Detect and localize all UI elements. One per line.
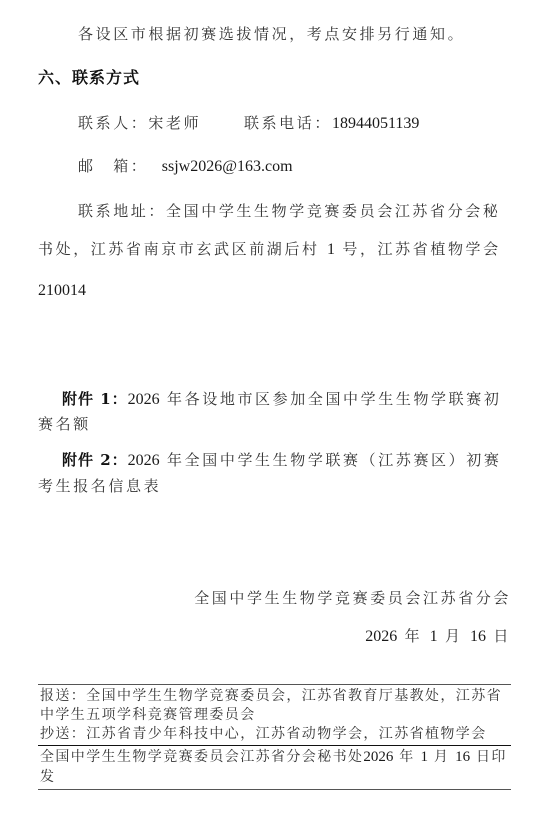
attachment-2-year: 2026 <box>128 452 160 469</box>
issued-line-2: 发 <box>40 768 55 786</box>
top-rule <box>38 684 511 685</box>
issued-year-suffix: 年 <box>399 749 414 765</box>
address-line-1: 联系地址：全国中学生生物学竞赛委员会江苏省分会秘 <box>78 201 500 221</box>
attachment-2-title-1: 年全国中学生生物学联赛（江苏赛区）初赛 <box>167 451 501 469</box>
contact-row: 联系人：宋老师 联系电话：18944051139 <box>78 113 419 134</box>
date-day: 16 <box>470 628 486 645</box>
attachment-1-year: 2026 <box>128 391 160 408</box>
email-address[interactable]: ssjw2026@163.com <box>162 158 293 175</box>
section5-closing-line: 各设区市根据初赛选拔情况，考点安排另行通知。 <box>78 24 465 44</box>
issued-month-suffix: 月 <box>434 749 449 765</box>
signature-organization: 全国中学生生物学竞赛委员会江苏省分会 <box>194 588 511 608</box>
address-text-2a: 书处，江苏省南京市玄武区前湖后村 <box>38 240 320 258</box>
email-label: 邮 箱： <box>78 157 148 175</box>
date-year: 2026 <box>365 628 397 645</box>
section-heading-contact: 六、联系方式 <box>38 68 140 88</box>
attachment-1-line-2[interactable]: 赛名额 <box>38 414 91 434</box>
date-month-suffix: 月 <box>445 627 463 645</box>
contact-person: 宋老师 <box>148 114 201 132</box>
attachment-1-title-1: 年各设地市区参加全国中学生生物学联赛初 <box>167 390 501 408</box>
address-label: 联系地址： <box>78 202 166 220</box>
attachment-2-label: 附件 2： <box>62 451 128 469</box>
signature-date: 2026 年 1 月 16 日 <box>365 626 511 647</box>
date-month: 1 <box>430 628 438 645</box>
address-text-2b: 号，江苏省植物学会 <box>342 240 500 258</box>
issued-year: 2026 <box>363 749 393 765</box>
issued-line-1: 全国中学生生物学竞赛委员会江苏省分会秘书处2026 年 1 月 16 日印 <box>40 748 507 766</box>
report-to-line-1: 报送：全国中学生生物学竞赛委员会，江苏省教育厅基教处，江苏省 <box>40 687 502 705</box>
date-day-suffix: 日 <box>493 627 511 645</box>
attachment-2-line-2[interactable]: 考生报名信息表 <box>38 476 161 496</box>
contact-person-label: 联系人： <box>78 114 148 132</box>
attachment-1-line-1[interactable]: 附件 1：2026 年各设地市区参加全国中学生生物学联赛初 <box>62 389 501 410</box>
phone-label: 联系电话： <box>244 114 332 132</box>
report-to-line-2: 中学生五项学科竞赛管理委员会 <box>40 706 256 724</box>
postcode: 210014 <box>38 281 86 301</box>
date-year-suffix: 年 <box>405 627 423 645</box>
copy-to-line: 抄送：江苏省青少年科技中心，江苏省动物学会，江苏省植物学会 <box>40 725 487 743</box>
issued-org: 全国中学生生物学竞赛委员会江苏省分会秘书处 <box>40 749 363 765</box>
issued-month: 1 <box>421 749 429 765</box>
address-line-2: 书处，江苏省南京市玄武区前湖后村 1 号，江苏省植物学会 <box>38 239 501 260</box>
attachment-1-label: 附件 1： <box>62 390 128 408</box>
address-text-1: 全国中学生生物学竞赛委员会江苏省分会秘 <box>166 202 500 220</box>
phone-number[interactable]: 18944051139 <box>332 115 419 132</box>
middle-rule <box>38 745 511 746</box>
issued-day: 16 <box>455 749 470 765</box>
address-number: 1 <box>327 241 335 258</box>
issued-day-suffix: 日印 <box>476 749 507 765</box>
attachment-2-line-1[interactable]: 附件 2：2026 年全国中学生生物学联赛（江苏赛区）初赛 <box>62 450 501 471</box>
email-row: 邮 箱： ssjw2026@163.com <box>78 156 293 177</box>
bottom-rule <box>38 789 511 790</box>
